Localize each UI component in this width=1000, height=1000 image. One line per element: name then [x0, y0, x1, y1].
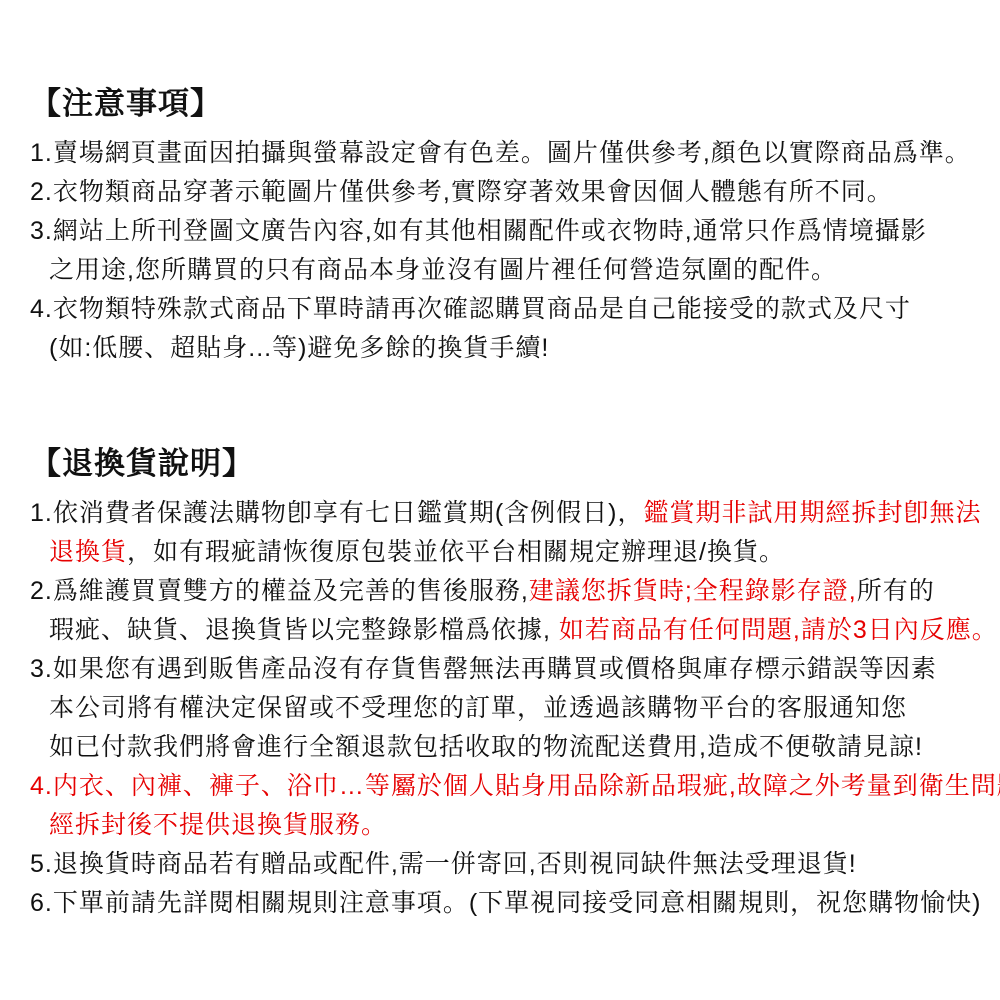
- notice-item-4-line-2: (如:低腰、超貼身...等)避免多餘的換貨手續!: [30, 329, 980, 368]
- notice-item-3-line-2: 之用途,您所購買的只有商品本身並沒有圖片裡任何營造氛圍的配件。: [30, 251, 980, 290]
- notice-item-4-line-1: 4.衣物類特殊款式商品下單時請再次確認購買商品是自己能接受的款式及尺寸: [30, 290, 980, 329]
- notice-heading: 【注意事項】: [30, 84, 980, 124]
- returns-item-3-line-1: 3.如果您有遇到販售產品沒有存貨售罄無法再購買或價格與庫存標示錯誤等因素: [30, 650, 980, 689]
- notice-item-1: 1.賣場網頁畫面因拍攝與螢幕設定會有色差。圖片僅供參考,顏色以實際商品爲準。: [30, 134, 980, 173]
- returns-item-6: 6.下單前請先詳閱相關規則注意事項。(下單視同接受同意相關規則，祝您購物愉快): [30, 884, 980, 923]
- returns-item-2-line-1: 2.爲維護買賣雙方的權益及完善的售後服務,建議您拆貨時;全程錄影存證,所有的: [30, 572, 980, 611]
- notice-item-1-text: 1.賣場網頁畫面因拍攝與螢幕設定會有色差。圖片僅供參考,顏色以實際商品爲準。: [30, 139, 971, 167]
- notice-item-2-text: 2.衣物類商品穿著示範圖片僅供參考,實際穿著效果會因個人體態有所不同。: [30, 178, 893, 206]
- returns-item-2-text-black-1: 2.爲維護買賣雙方的權益及完善的售後服務,: [30, 577, 529, 605]
- returns-item-1-text-red: 鑑賞期非試用期經拆封卽無法: [644, 499, 982, 527]
- notice-item-3-line-1: 3.網站上所刊登圖文廣告內容,如有其他相關配件或衣物時,通常只作爲情境攝影: [30, 212, 980, 251]
- notice-item-3-text-2: 之用途,您所購買的只有商品本身並沒有圖片裡任何營造氛圍的配件。: [49, 256, 837, 284]
- returns-item-5-text: 5.退換貨時商品若有贈品或配件,需一併寄回,否則視同缺件無法受理退貨!: [30, 850, 857, 878]
- returns-item-1-line-2: 退換貨，如有瑕疵請恢復原包裝並依平台相關規定辦理退/換貨。: [30, 533, 980, 572]
- returns-item-1-line2-red: 退換貨: [49, 538, 127, 566]
- returns-section: 【退換貨說明】 1.依消費者保護法購物卽享有七日鑑賞期(含例假日)，鑑賞期非試用…: [30, 444, 980, 923]
- notice-item-4-text-1: 4.衣物類特殊款式商品下單時請再次確認購買商品是自己能接受的款式及尺寸: [30, 295, 911, 323]
- returns-item-1-line2-black: ，如有瑕疵請恢復原包裝並依平台相關規定辦理退/換貨。: [127, 538, 785, 566]
- returns-item-2-line-2: 瑕疵、缺貨、退換貨皆以完整錄影檔爲依據, 如若商品有任何問題,請於3日內反應。: [30, 611, 980, 650]
- returns-item-6-text: 6.下單前請先詳閱相關規則注意事項。(下單視同接受同意相關規則，祝您購物愉快): [30, 889, 982, 917]
- notice-item-4-text-2: (如:低腰、超貼身...等)避免多餘的換貨手續!: [49, 334, 549, 362]
- notice-section: 【注意事項】 1.賣場網頁畫面因拍攝與螢幕設定會有色差。圖片僅供參考,顏色以實際…: [30, 84, 980, 368]
- returns-item-3-line-3: 如已付款我們將會進行全額退款包括收取的物流配送費用,造成不便敬請見諒!: [30, 728, 980, 767]
- returns-heading: 【退換貨說明】: [30, 444, 980, 484]
- returns-item-1-text-black: 1.依消費者保護法購物卽享有七日鑑賞期(含例假日)，: [30, 499, 644, 527]
- shop-policy-page: 【注意事項】 1.賣場網頁畫面因拍攝與螢幕設定會有色差。圖片僅供參考,顏色以實際…: [0, 0, 1000, 1000]
- returns-item-2-text-red: 建議您拆貨時;全程錄影存證,: [529, 577, 857, 605]
- returns-item-2-line2-black: 瑕疵、缺貨、退換貨皆以完整錄影檔爲依據,: [49, 616, 559, 644]
- returns-item-3-text-1: 3.如果您有遇到販售產品沒有存貨售罄無法再購買或價格與庫存標示錯誤等因素: [30, 655, 937, 683]
- notice-item-3-text-1: 3.網站上所刊登圖文廣告內容,如有其他相關配件或衣物時,通常只作爲情境攝影: [30, 217, 927, 245]
- returns-item-4-line-1: 4.内衣、內褲、褲子、浴巾…等屬於個人貼身用品除新品瑕疵,故障之外考量到衛生問題: [30, 767, 980, 806]
- returns-item-3-line-2: 本公司將有權決定保留或不受理您的訂單，並透過該購物平台的客服通知您: [30, 689, 980, 728]
- returns-item-4-text-1: 4.内衣、內褲、褲子、浴巾…等屬於個人貼身用品除新品瑕疵,故障之外考量到衛生問題: [30, 772, 1000, 800]
- returns-item-1-line-1: 1.依消費者保護法購物卽享有七日鑑賞期(含例假日)，鑑賞期非試用期經拆封卽無法: [30, 494, 980, 533]
- returns-item-4-line-2: 經拆封後不提供退換貨服務。: [30, 806, 980, 845]
- returns-item-3-text-3: 如已付款我們將會進行全額退款包括收取的物流配送費用,造成不便敬請見諒!: [49, 733, 923, 761]
- returns-item-2-line2-red: 如若商品有任何問題,請於3日內反應。: [559, 616, 998, 644]
- notice-item-2: 2.衣物類商品穿著示範圖片僅供參考,實際穿著效果會因個人體態有所不同。: [30, 173, 980, 212]
- returns-item-5: 5.退換貨時商品若有贈品或配件,需一併寄回,否則視同缺件無法受理退貨!: [30, 845, 980, 884]
- returns-item-2-text-black-2: 所有的: [857, 577, 935, 605]
- returns-item-4-text-2: 經拆封後不提供退換貨服務。: [49, 811, 387, 839]
- returns-item-3-text-2: 本公司將有權決定保留或不受理您的訂單，並透過該購物平台的客服通知您: [49, 694, 907, 722]
